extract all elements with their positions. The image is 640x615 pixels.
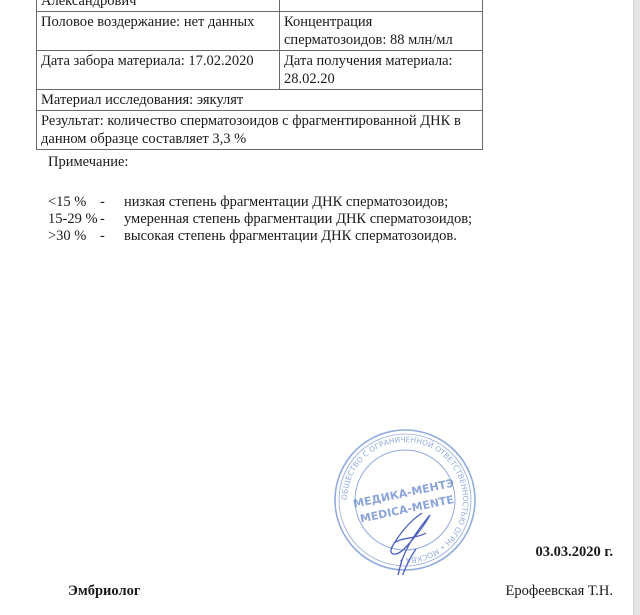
table-row: Дата забора материала: 17.02.2020 Дата п… bbox=[37, 51, 483, 90]
table-row: Александрович bbox=[37, 0, 483, 12]
legend-item: 15-29 % - умеренная степень фрагментации… bbox=[48, 211, 472, 228]
legend-text: умеренная степень фрагментации ДНК сперм… bbox=[124, 211, 472, 228]
table-row: Результат: количество сперматозоидов с ф… bbox=[37, 111, 483, 150]
signer-name: Ерофеевская Т.Н. bbox=[505, 583, 613, 600]
abstinence-cell: Половое воздержание: нет данных bbox=[37, 12, 280, 51]
note-title: Примечание: bbox=[48, 154, 128, 171]
legend-item: <15 % - низкая степень фрагментации ДНК … bbox=[48, 194, 472, 211]
legend-range: <15 % bbox=[48, 194, 100, 211]
legend-dash: - bbox=[100, 228, 124, 245]
legend-dash: - bbox=[100, 194, 124, 211]
result-cell: Результат: количество сперматозоидов с ф… bbox=[37, 111, 483, 150]
patronymic-cell: Александрович bbox=[37, 0, 280, 12]
table-row: Половое воздержание: нет данных Концентр… bbox=[37, 12, 483, 51]
signer-role: Эмбриолог bbox=[68, 583, 140, 600]
report-date: 03.03.2020 г. bbox=[536, 544, 613, 561]
table-row: Материал исследования: эякулят bbox=[37, 90, 483, 111]
legend-range: 15-29 % bbox=[48, 211, 100, 228]
collection-date-cell: Дата забора материала: 17.02.2020 bbox=[37, 51, 280, 90]
patient-info-table: Александрович Половое воздержание: нет д… bbox=[36, 0, 483, 150]
clinic-stamp-icon: ОБЩЕСТВО С ОГРАНИЧЕННОЙ ОТВЕТСТВЕННОСТЬЮ… bbox=[330, 425, 480, 575]
legend-range: >30 % bbox=[48, 228, 100, 245]
page-edge bbox=[633, 0, 640, 615]
legend-item: >30 % - высокая степень фрагментации ДНК… bbox=[48, 228, 472, 245]
legend-text: высокая степень фрагментации ДНК спермат… bbox=[124, 228, 457, 245]
legend-text: низкая степень фрагментации ДНК спермато… bbox=[124, 194, 448, 211]
received-date-cell: Дата получения материала: 28.02.20 bbox=[280, 51, 483, 90]
legend-dash: - bbox=[100, 211, 124, 228]
empty-cell bbox=[280, 0, 483, 12]
material-cell: Материал исследования: эякулят bbox=[37, 90, 483, 111]
fragmentation-legend: <15 % - низкая степень фрагментации ДНК … bbox=[48, 194, 472, 245]
concentration-cell: Концентрация сперматозоидов: 88 млн/мл bbox=[280, 12, 483, 51]
